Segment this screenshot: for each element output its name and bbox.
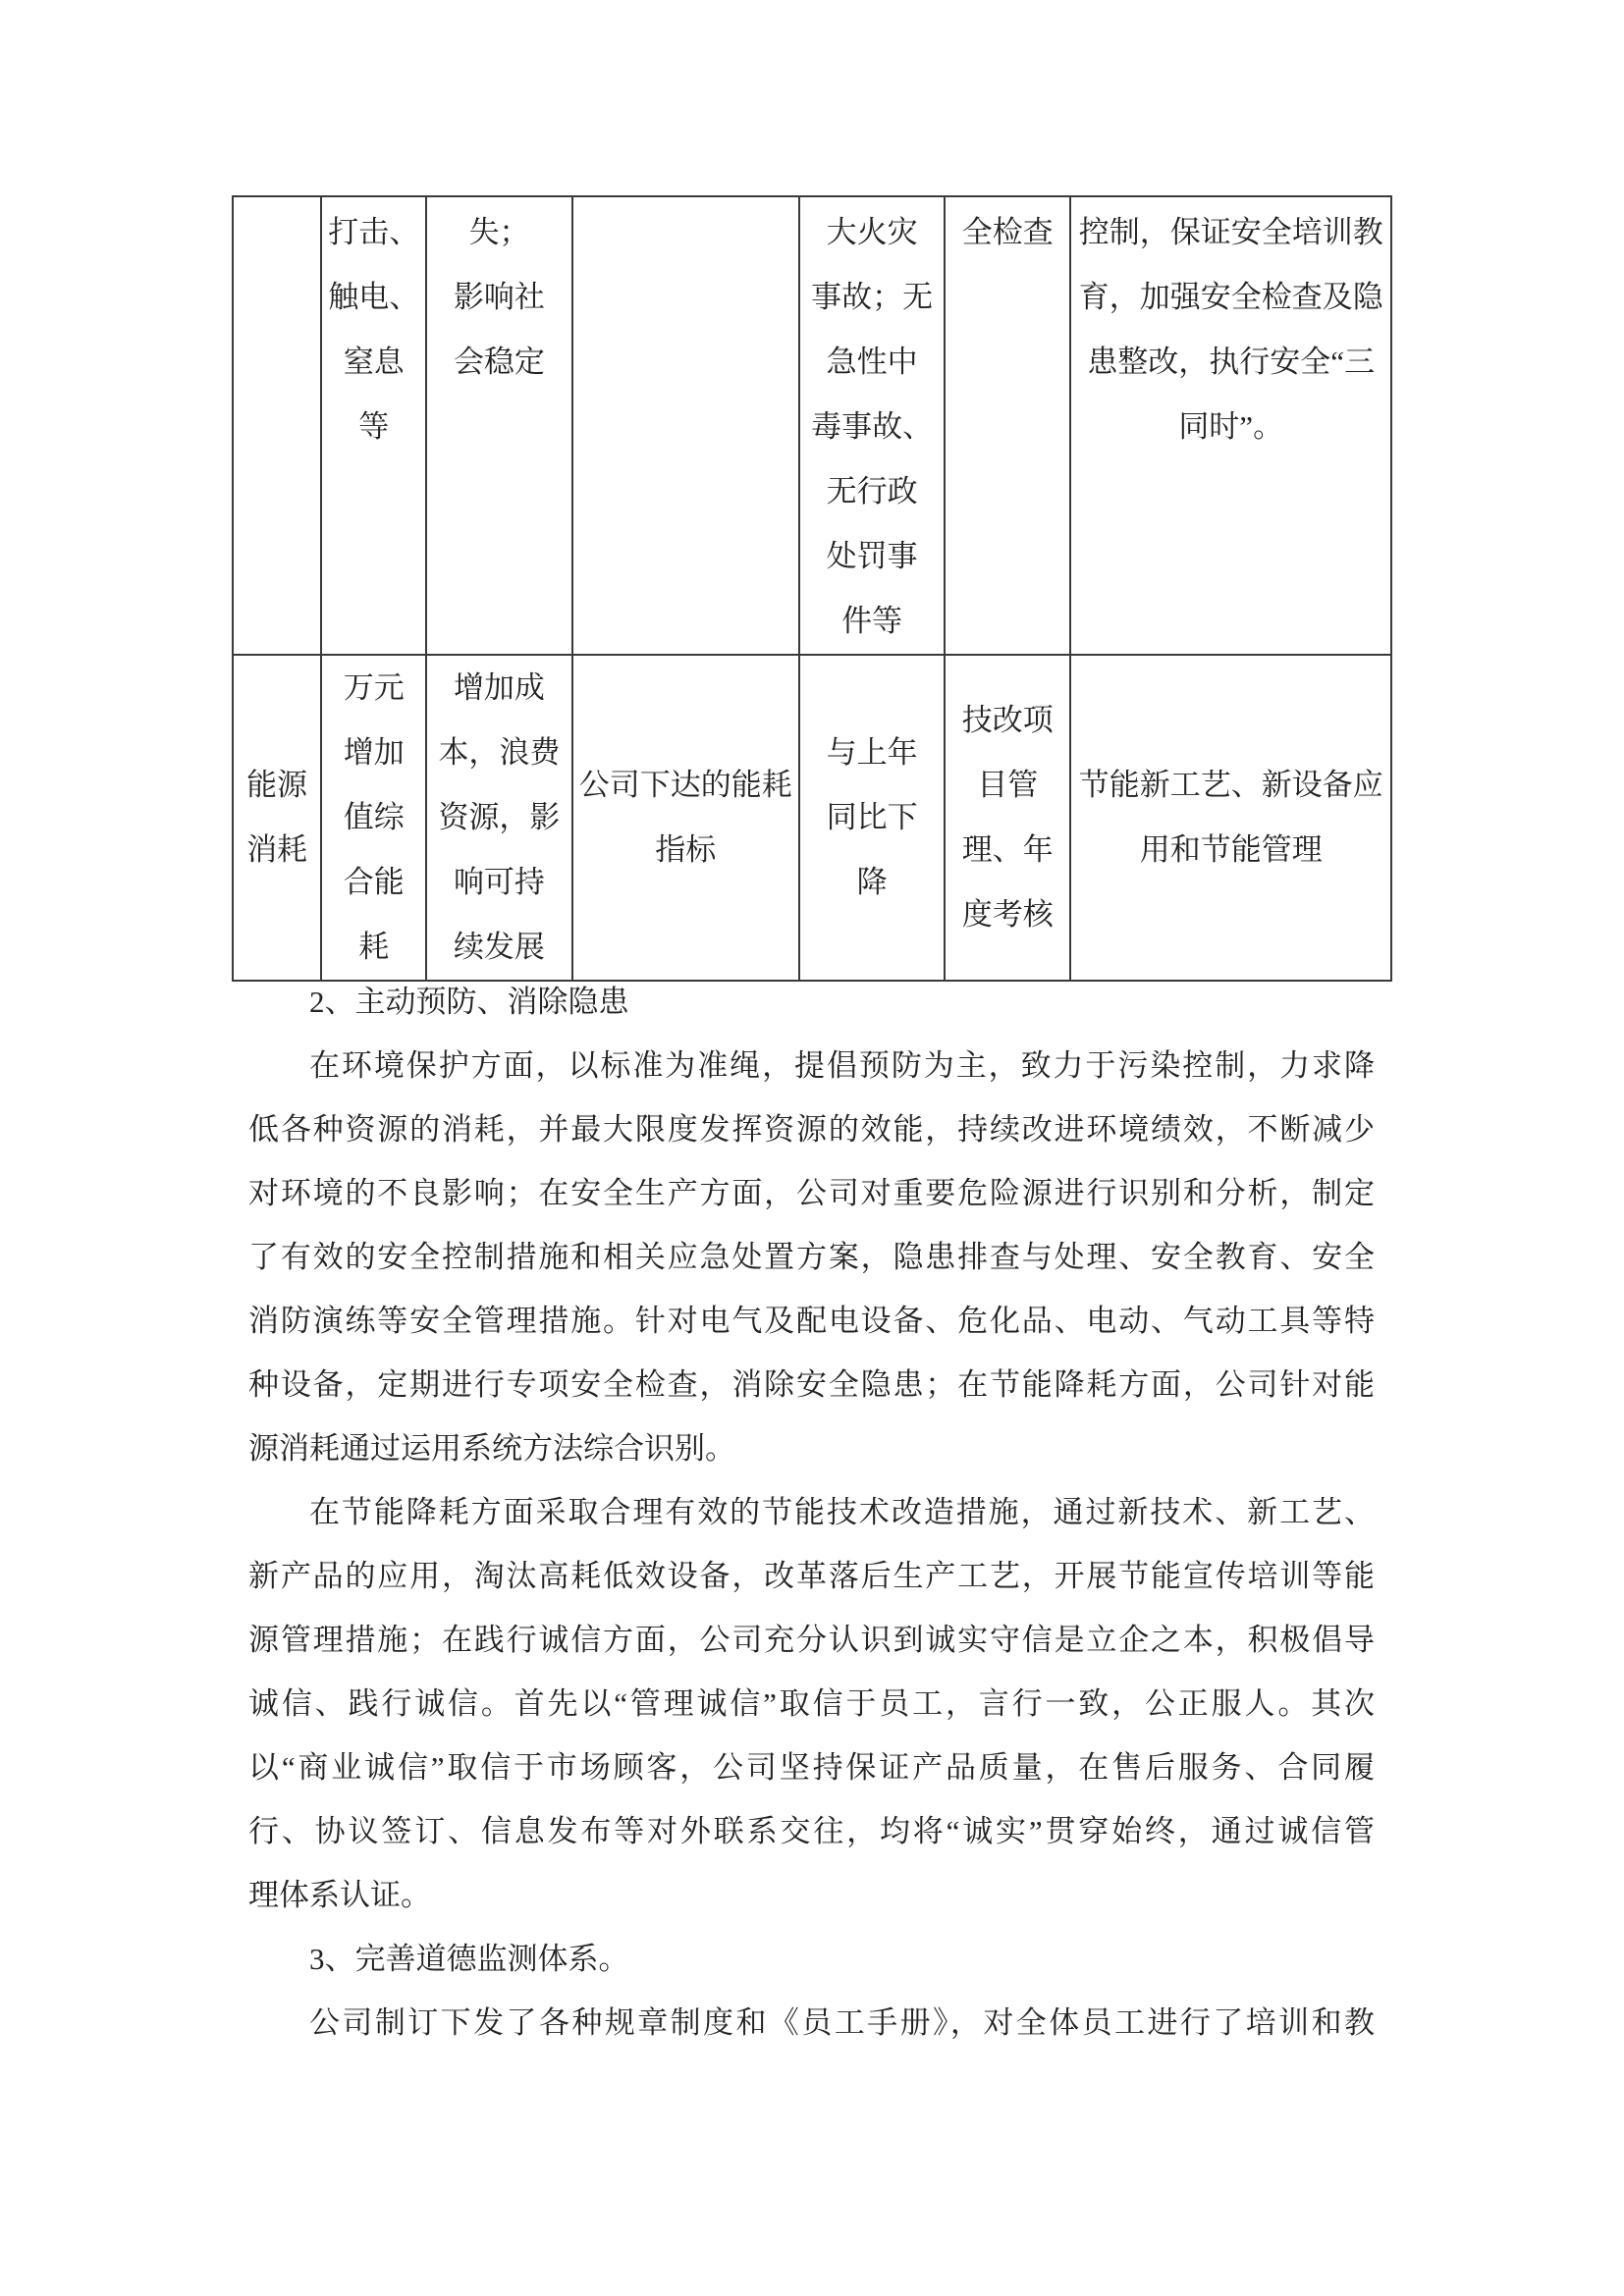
- table-cell-line: 窒息: [322, 330, 425, 395]
- table-cell-line: 公司下达的能耗: [573, 753, 798, 818]
- table-row: 打击、触电、窒息等 失；影响社会稳定 大火灾事故；无急性中毒事故、无行政处罚事件…: [233, 196, 1391, 655]
- table-cell-line: 同时”。: [1071, 395, 1390, 459]
- table-cell: 控制，保证安全培训教育，加强安全检查及隐患整改，执行安全“三同时”。: [1070, 196, 1391, 655]
- table-cell-line: 处罚事: [800, 524, 944, 589]
- table-cell-line: 触电、: [322, 265, 425, 330]
- table-cell-line: 毒事故、: [800, 395, 944, 459]
- table-cell-line: 理、年: [946, 818, 1069, 882]
- table-cell: 失；影响社会稳定: [426, 196, 571, 655]
- table-row: 能源消耗 万元增加值综合能耗 增加成本，浪费资源，影响可持续发展 公司下达的能耗…: [233, 655, 1391, 981]
- table-cell-line: 能源: [234, 753, 320, 818]
- table-cell-line: 度考核: [946, 882, 1069, 947]
- paragraph-line: 公司制订下发了各种规章制度和《员工手册》，对全体员工进行了培训和教: [248, 1991, 1375, 2055]
- table-cell-line: 影响社: [427, 265, 570, 330]
- paragraph-line: 在环境保护方面，以标准为准绳，提倡预防为主，致力于污染控制，力求降: [248, 1034, 1375, 1097]
- paragraph-line: 种设备，定期进行专项安全检查，消除安全隐患；在节能降耗方面，公司针对能: [248, 1353, 1375, 1416]
- table-cell: 公司下达的能耗指标: [572, 655, 799, 981]
- responsibility-indicator-table: 打击、触电、窒息等 失；影响社会稳定 大火灾事故；无急性中毒事故、无行政处罚事件…: [232, 195, 1392, 982]
- table-cell-line: 值综: [322, 785, 425, 850]
- table-cell: [233, 196, 321, 655]
- table-cell-line: 急性中: [800, 330, 944, 395]
- table-cell-line: 同比下: [800, 785, 944, 850]
- table-cell: [572, 196, 799, 655]
- document-page: 打击、触电、窒息等 失；影响社会稳定 大火灾事故；无急性中毒事故、无行政处罚事件…: [0, 0, 1624, 2296]
- table-cell: 增加成本，浪费资源，影响可持续发展: [426, 655, 571, 981]
- paragraph-line: 低各种资源的消耗，并最大限度发挥资源的效能，持续改进环境绩效，不断减少: [248, 1097, 1375, 1161]
- table-cell-line: 用和节能管理: [1071, 818, 1390, 882]
- paragraph-line: 新产品的应用，淘汰高耗低效设备，改革落后生产工艺，开展节能宣传培训等能: [248, 1544, 1375, 1608]
- table-cell-line: 节能新工艺、新设备应: [1071, 753, 1390, 818]
- table-cell-line: 增加: [322, 721, 425, 785]
- table-cell-line: 控制，保证安全培训教: [1071, 200, 1390, 265]
- table-grid: 打击、触电、窒息等 失；影响社会稳定 大火灾事故；无急性中毒事故、无行政处罚事件…: [232, 195, 1392, 982]
- table-cell-line: 指标: [573, 818, 798, 882]
- table-cell-line: 本，浪费: [427, 721, 570, 785]
- table-cell-line: 会稳定: [427, 330, 570, 395]
- table-cell-line: 消耗: [234, 818, 320, 882]
- table-cell-line: 等: [322, 395, 425, 459]
- table-cell-line: 降: [800, 850, 944, 915]
- table-cell-line: 件等: [800, 589, 944, 654]
- paragraph-line: 诚信、践行诚信。首先以“管理诚信”取信于员工，言行一致，公正服人。其次: [248, 1672, 1375, 1735]
- table-cell-line: 目管: [946, 753, 1069, 818]
- table-cell-line: 大火灾: [800, 200, 944, 265]
- table-cell: 能源消耗: [233, 655, 321, 981]
- table-cell-line: 无行政: [800, 459, 944, 524]
- table-cell-line: 技改项: [946, 688, 1069, 753]
- table-cell-line: 打击、: [322, 200, 425, 265]
- table-cell-line: 资源，影: [427, 785, 570, 850]
- table-cell-line: 合能: [322, 850, 425, 915]
- section-heading: 3、完善道德监测体系。: [248, 1927, 1375, 1991]
- table-cell: 打击、触电、窒息等: [321, 196, 426, 655]
- paragraph-line: 以“商业诚信”取信于市场顾客，公司坚持保证产品质量，在售后服务、合同履: [248, 1735, 1375, 1799]
- table-cell-line: 全检查: [946, 200, 1069, 265]
- table-cell: 技改项目管理、年度考核: [945, 655, 1070, 981]
- table-cell: 大火灾事故；无急性中毒事故、无行政处罚事件等: [799, 196, 945, 655]
- table-cell-line: 增加成: [427, 656, 570, 721]
- body-text: 2、主动预防、消除隐患在环境保护方面，以标准为准绳，提倡预防为主，致力于污染控制…: [248, 970, 1375, 2055]
- table-cell: 全检查: [945, 196, 1070, 655]
- section-heading: 2、主动预防、消除隐患: [248, 970, 1375, 1034]
- table-cell-line: 患整改，执行安全“三: [1071, 330, 1390, 395]
- paragraph-line: 消防演练等安全管理措施。针对电气及配电设备、危化品、电动、气动工具等特: [248, 1289, 1375, 1353]
- table-cell: 万元增加值综合能耗: [321, 655, 426, 981]
- paragraph-line: 理体系认证。: [248, 1863, 1375, 1927]
- table-cell-line: 万元: [322, 656, 425, 721]
- paragraph-line: 了有效的安全控制措施和相关应急处置方案，隐患排查与处理、安全教育、安全: [248, 1225, 1375, 1289]
- table-cell-line: 失；: [427, 200, 570, 265]
- table-cell: 与上年同比下降: [799, 655, 945, 981]
- paragraph-line: 对环境的不良影响；在安全生产方面，公司对重要危险源进行识别和分析，制定: [248, 1161, 1375, 1225]
- table-cell-line: 与上年: [800, 721, 944, 785]
- table-cell-line: 事故；无: [800, 265, 944, 330]
- paragraph-line: 源消耗通过运用系统方法综合识别。: [248, 1416, 1375, 1480]
- paragraph-line: 源管理措施；在践行诚信方面，公司充分认识到诚实守信是立企之本，积极倡导: [248, 1608, 1375, 1672]
- paragraph-line: 行、协议签订、信息发布等对外联系交往，均将“诚实”贯穿始终，通过诚信管: [248, 1799, 1375, 1863]
- table-cell-line: 育，加强安全检查及隐: [1071, 265, 1390, 330]
- table-cell: 节能新工艺、新设备应用和节能管理: [1070, 655, 1391, 981]
- paragraph-line: 在节能降耗方面采取合理有效的节能技术改造措施，通过新技术、新工艺、: [248, 1480, 1375, 1544]
- table-cell-line: 响可持: [427, 850, 570, 915]
